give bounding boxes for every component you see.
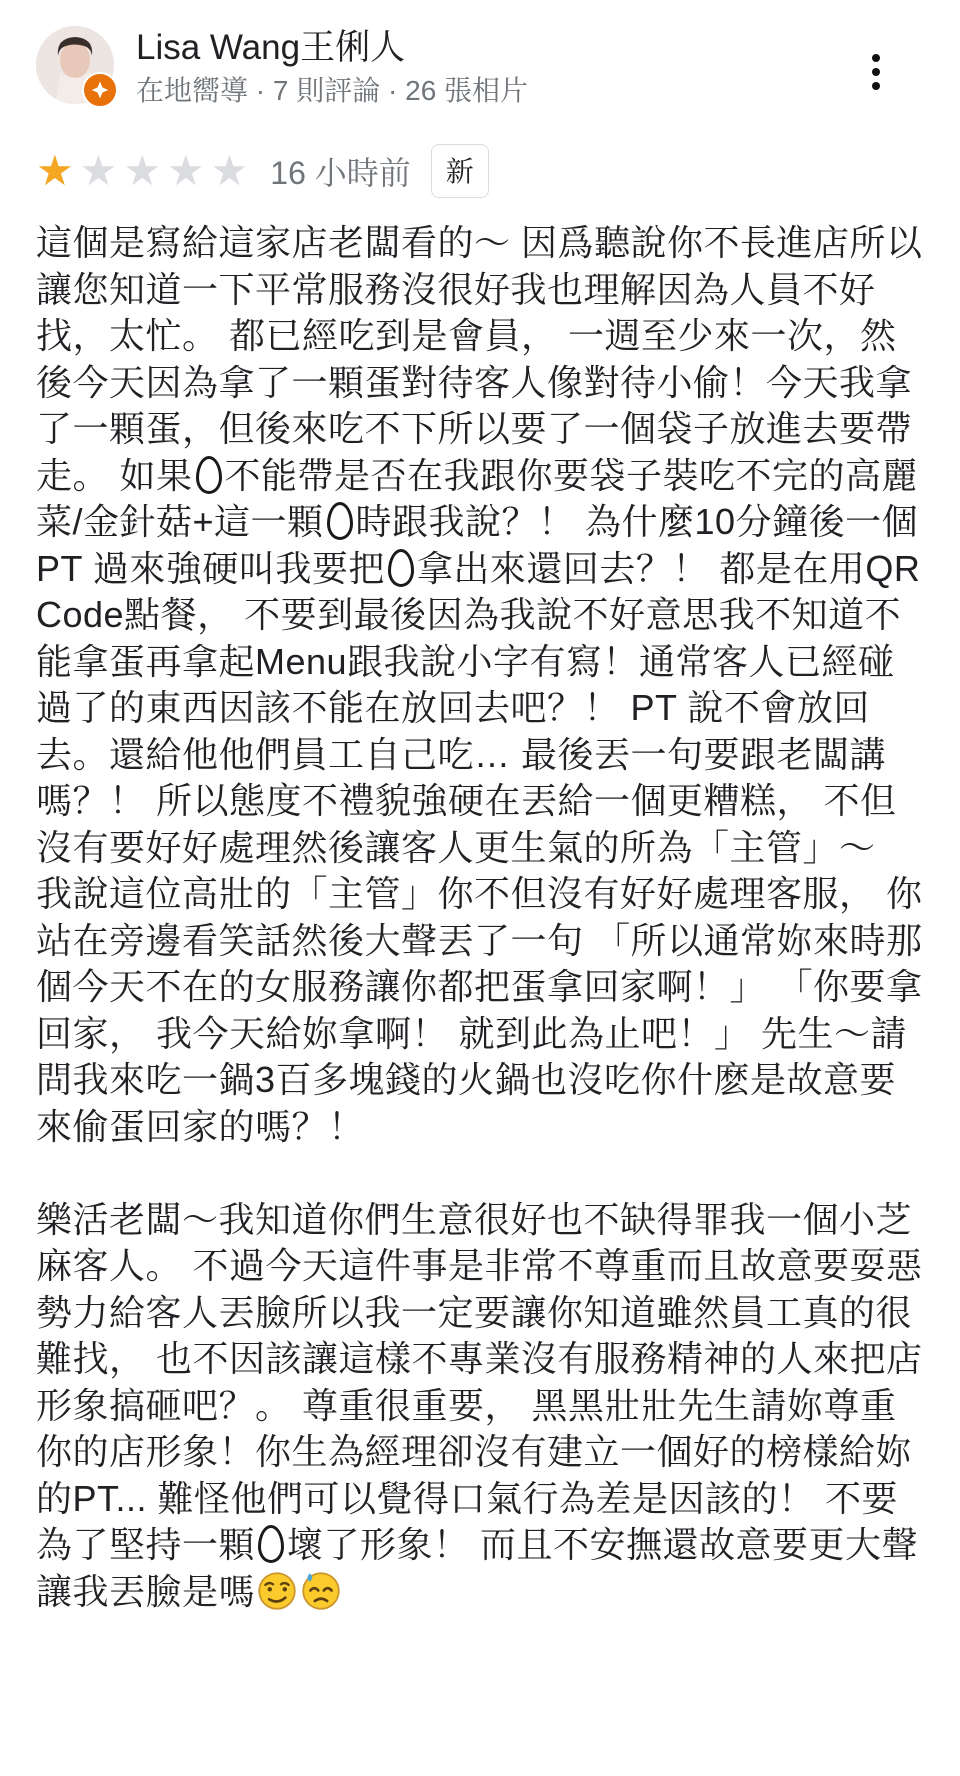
- rating-row: ★★★★★ 16 小時前 新: [36, 144, 928, 198]
- star-icon: ★: [36, 150, 74, 192]
- star-icon: ★: [80, 150, 118, 192]
- egg-icon: [258, 1525, 284, 1563]
- reviewer-name[interactable]: Lisa Wang王俐人: [136, 26, 528, 70]
- downcast-face-with-sweat-icon: [301, 1571, 341, 1611]
- star-rating: ★★★★★: [36, 150, 248, 192]
- star-icon: ★: [167, 150, 205, 192]
- more-options-icon: [872, 54, 880, 62]
- reviewer-info: Lisa Wang王俐人 在地嚮導 · 7 則評論 · 26 張相片: [136, 24, 528, 110]
- star-icon: ★: [123, 150, 161, 192]
- more-options-icon: [872, 68, 880, 76]
- review-time: 16 小時前: [270, 148, 411, 194]
- egg-icon: [196, 456, 222, 494]
- smirking-face-icon: [257, 1571, 297, 1611]
- overflow-menu-button[interactable]: [852, 48, 900, 96]
- more-options-icon: [872, 82, 880, 90]
- star-icon: ★: [211, 150, 249, 192]
- avatar[interactable]: [36, 26, 114, 104]
- new-badge: 新: [431, 144, 489, 198]
- review-card: Lisa Wang王俐人 在地嚮導 · 7 則評論 · 26 張相片 ★★★★★…: [0, 0, 960, 1655]
- egg-icon: [327, 502, 353, 540]
- review-body: 這個是寫給這家店老闆看的～ 因爲聽說你不長進店所以讓您知道一下平常服務沒很好我也…: [36, 220, 928, 1615]
- review-header: Lisa Wang王俐人 在地嚮導 · 7 則評論 · 26 張相片: [36, 24, 928, 110]
- egg-icon: [388, 549, 414, 587]
- reviewer-meta: 在地嚮導 · 7 則評論 · 26 張相片: [136, 72, 528, 110]
- local-guide-badge-icon: [82, 72, 118, 108]
